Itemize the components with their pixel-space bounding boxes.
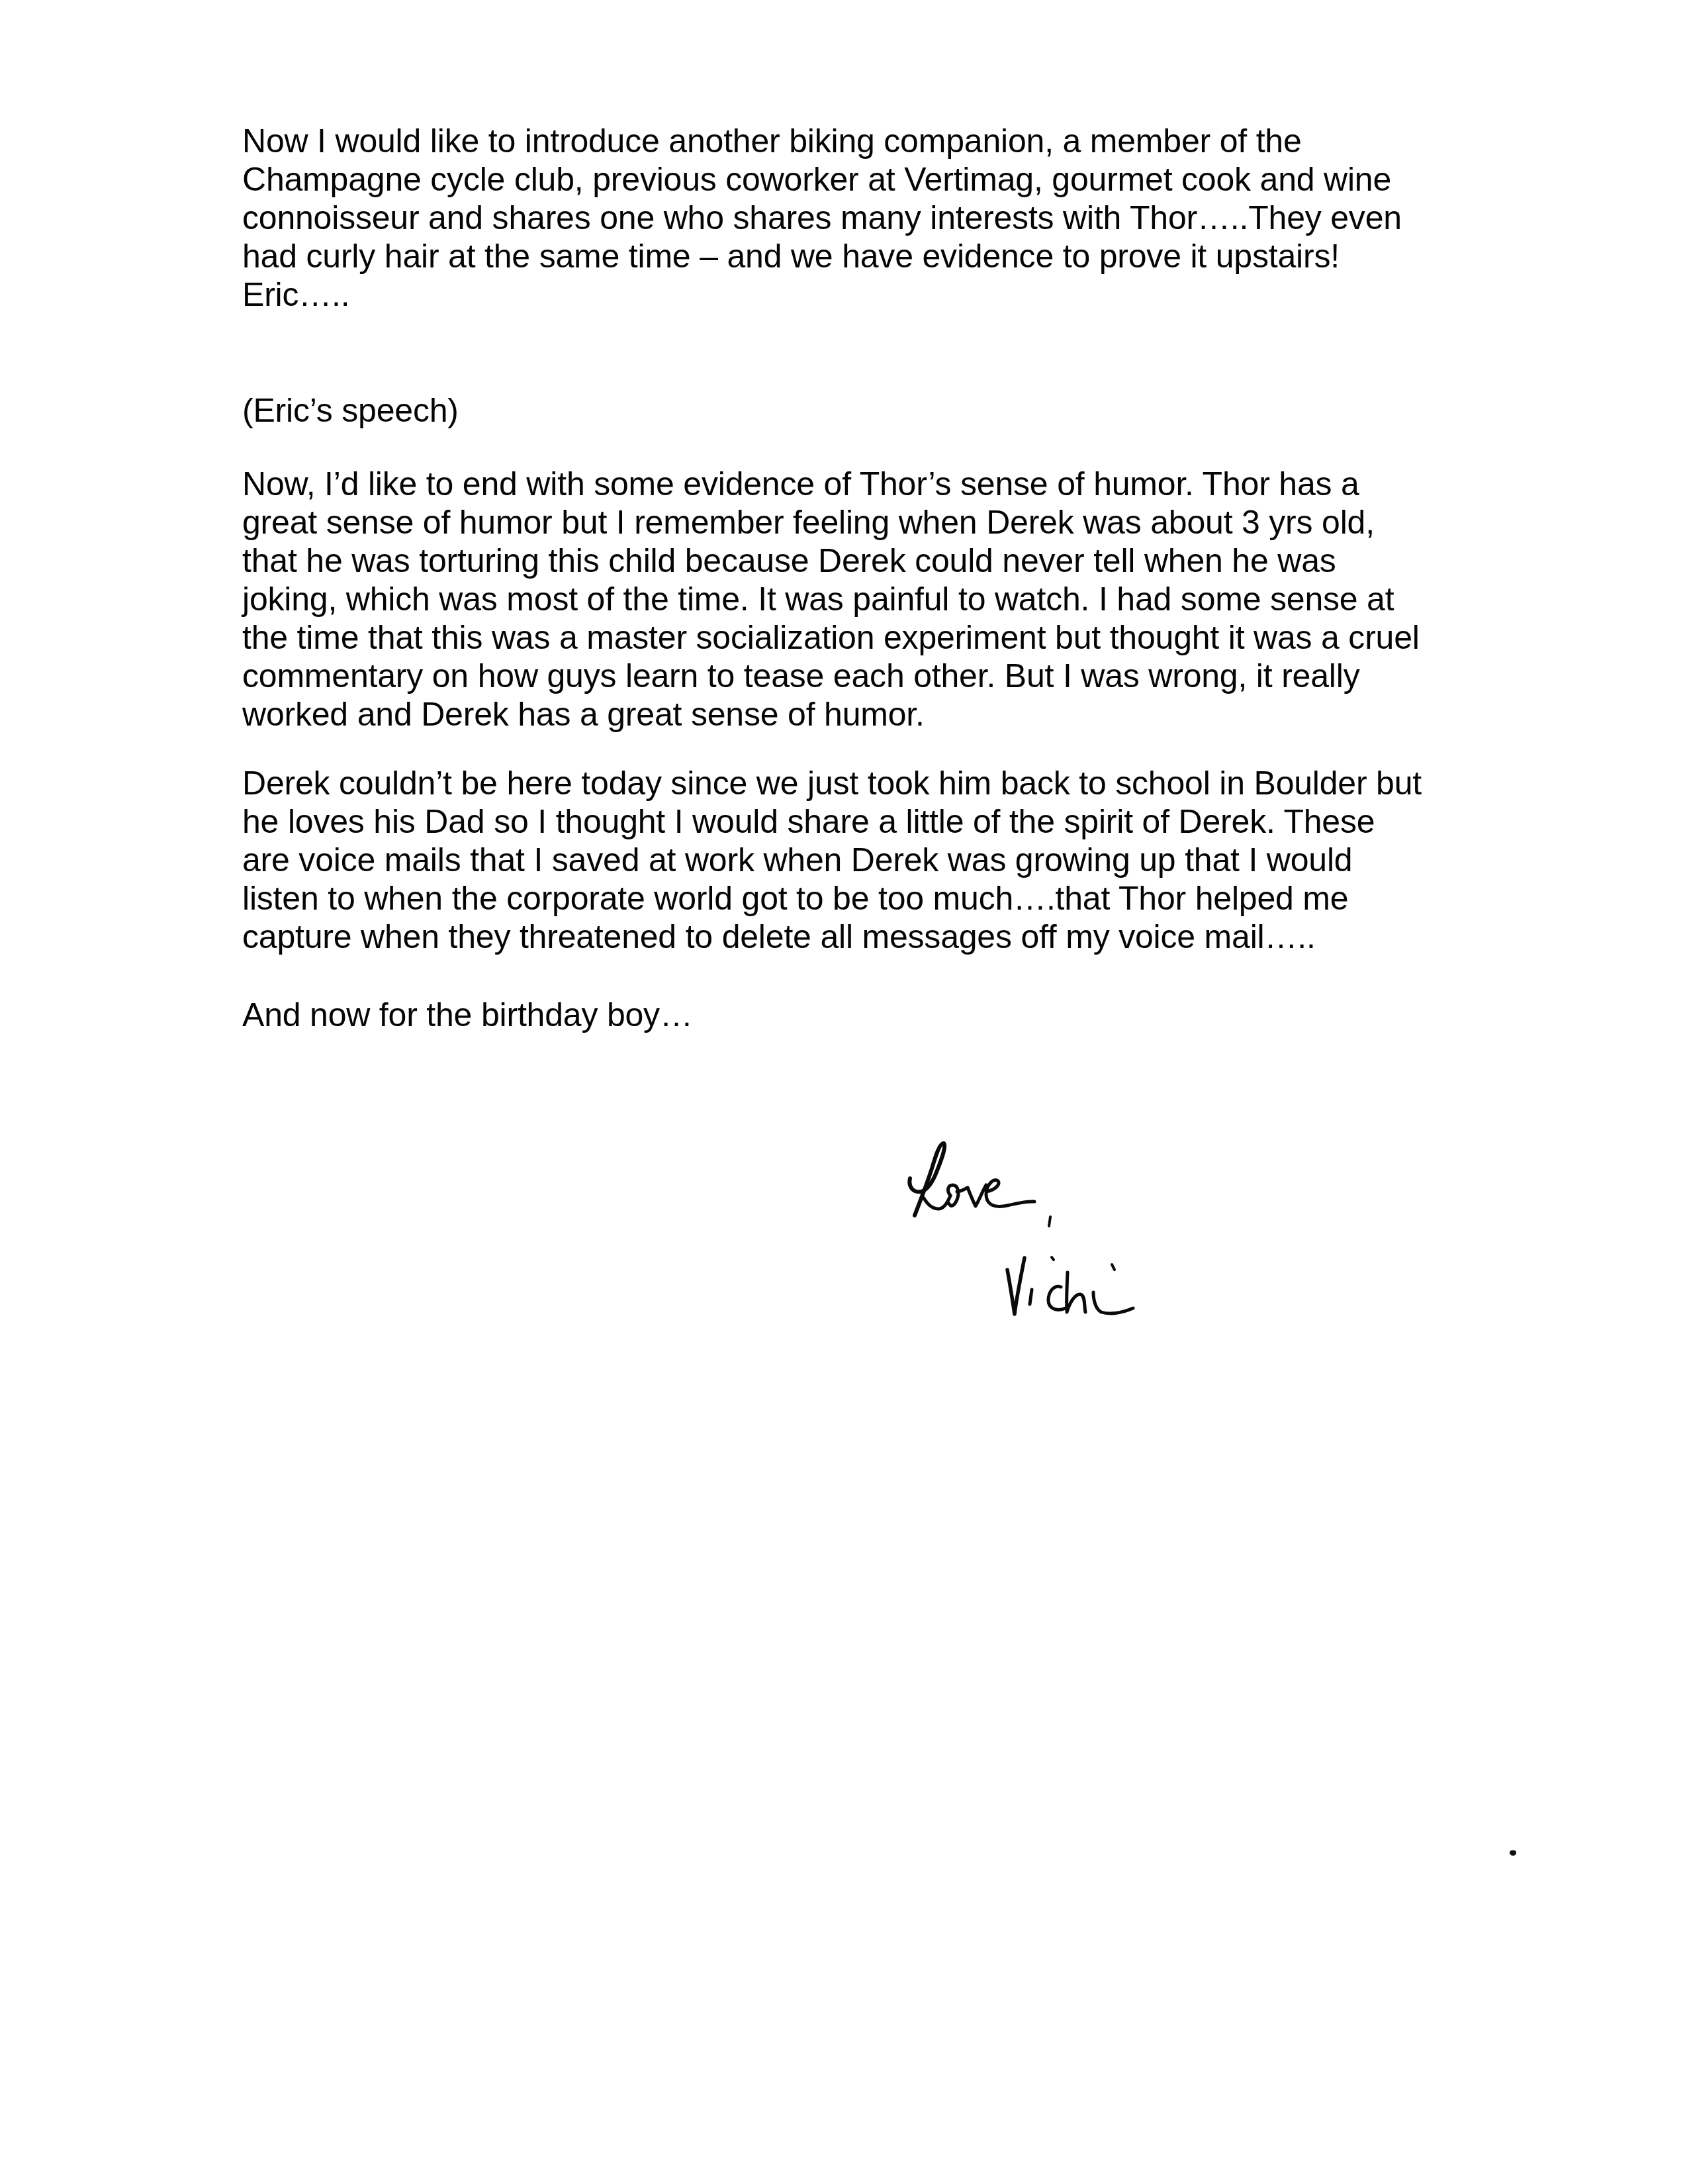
- signature-closing-love: [909, 1143, 1050, 1226]
- signature-name-vicki: [1007, 1257, 1133, 1314]
- text-line: capture when they threatened to delete a…: [242, 920, 1316, 953]
- text-line: are voice mails that I saved at work whe…: [242, 843, 1352, 877]
- text-line: Derek couldn’t be here today since we ju…: [242, 767, 1422, 800]
- handwritten-signature: [0, 0, 1687, 2184]
- scanned-letter-page: Now I would like to introduce another bi…: [0, 0, 1687, 2184]
- text-line: the time that this was a master socializ…: [242, 621, 1420, 654]
- text-line: he loves his Dad so I thought I would sh…: [242, 805, 1375, 838]
- text-line: had curly hair at the same time – and we…: [242, 240, 1340, 273]
- text-line: connoisseur and shares one who shares ma…: [242, 201, 1402, 234]
- text-line: that he was torturing this child because…: [242, 544, 1336, 577]
- scan-speck: [1510, 1850, 1516, 1856]
- text-line: worked and Derek has a great sense of hu…: [242, 698, 925, 731]
- text-line: Now, I’d like to end with some evidence …: [242, 467, 1359, 500]
- text-line: joking, which was most of the time. It w…: [242, 583, 1394, 616]
- text-line: commentary on how guys learn to tease ea…: [242, 659, 1359, 692]
- text-line: Champagne cycle club, previous coworker …: [242, 163, 1391, 196]
- stage-direction: (Eric’s speech): [242, 394, 459, 427]
- text-line: Now I would like to introduce another bi…: [242, 124, 1302, 158]
- text-line: Eric…..: [242, 278, 350, 311]
- text-line: And now for the birthday boy…: [242, 998, 693, 1031]
- text-line: great sense of humor but I remember feel…: [242, 506, 1375, 539]
- text-line: listen to when the corporate world got t…: [242, 882, 1348, 915]
